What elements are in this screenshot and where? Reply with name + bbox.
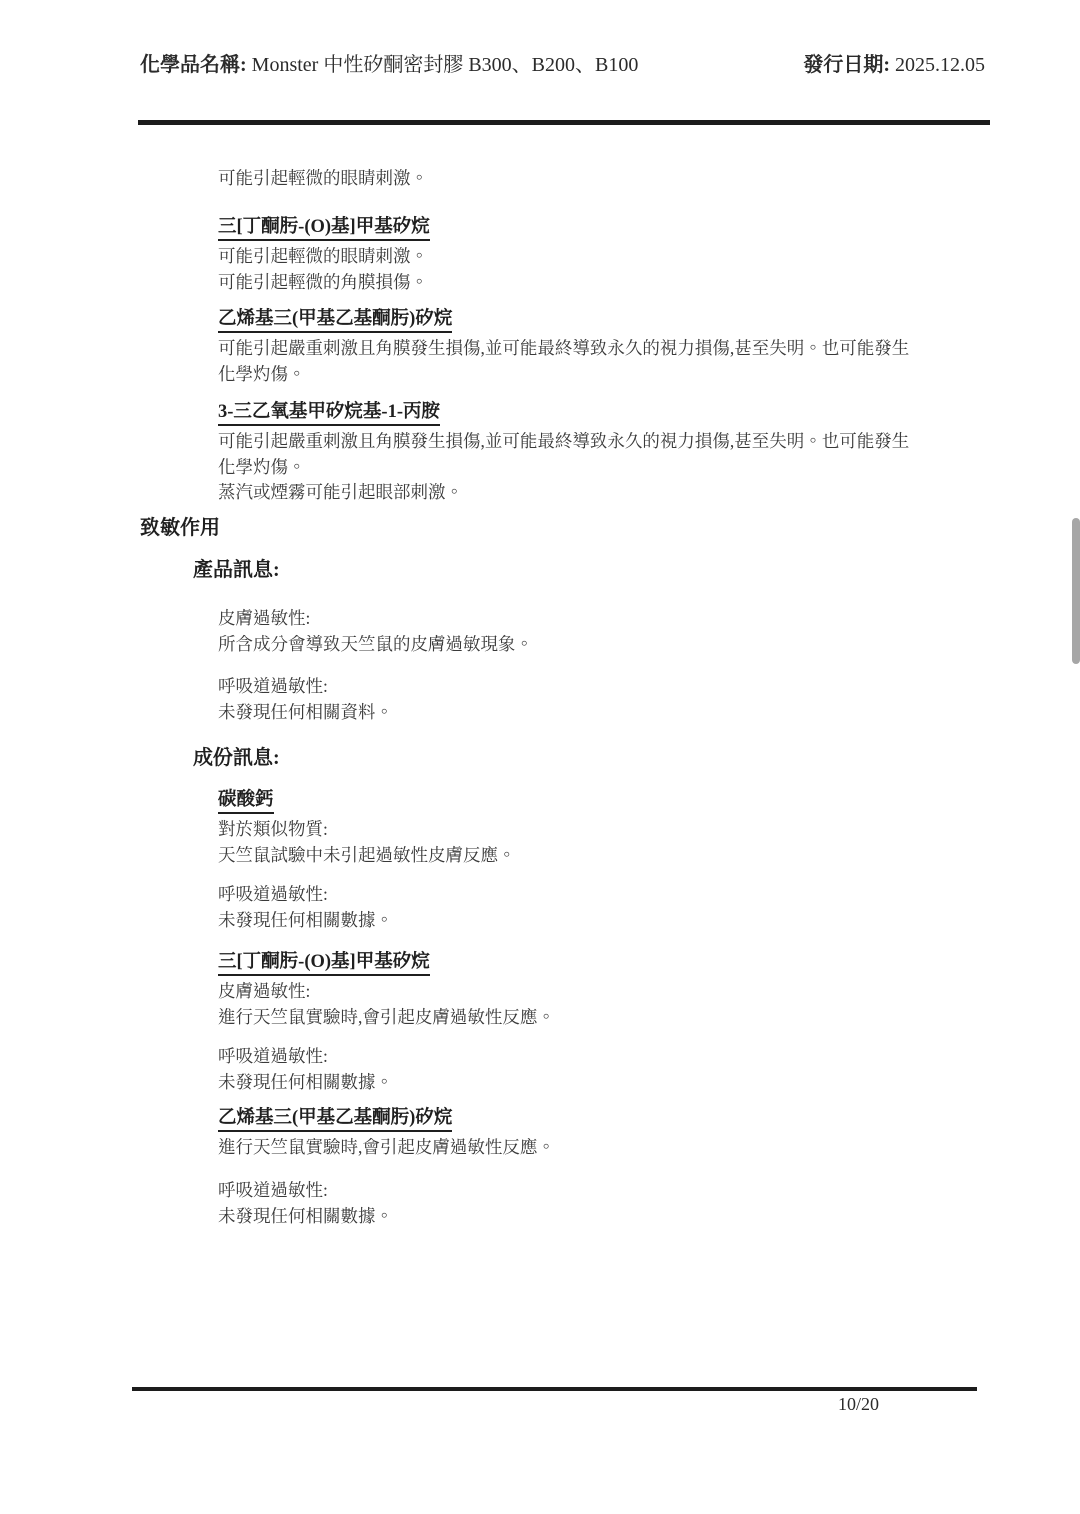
ingredient-butanone-oxime-respiratory: 呼吸道過敏性: 未發現任何相關數據。 bbox=[218, 1044, 393, 1095]
chemical-name-field: 化學品名稱: Monster 中性矽酮密封膠 B300、B200、B100 bbox=[140, 48, 638, 77]
text-line: 呼吸道過敏性: bbox=[218, 1178, 393, 1204]
text-line: 可能引起嚴重刺激且角膜發生損傷,並可能最終導致永久的視力損傷,甚至失明。也可能發… bbox=[218, 429, 909, 455]
product-respiratory-sensitization: 呼吸道過敏性: 未發現任何相關資料。 bbox=[218, 674, 393, 725]
text-line: 可能引起輕微的眼睛刺激。 bbox=[218, 244, 430, 270]
header-divider bbox=[138, 120, 990, 125]
ingredient-info-heading: 成份訊息: bbox=[193, 746, 280, 770]
issue-date-value: 2025.12.05 bbox=[895, 54, 985, 76]
text-line: 可能引起嚴重刺激且角膜發生損傷,並可能最終導致永久的視力損傷,甚至失明。也可能發… bbox=[218, 336, 909, 362]
chemical-name-value: Monster 中性矽酮密封膠 B300、B200、B100 bbox=[252, 54, 639, 76]
section-title: 致敏作用 bbox=[140, 516, 220, 540]
text-line: 可能引起輕微的眼睛刺激。 bbox=[218, 166, 428, 192]
substance-name: 碳酸鈣 bbox=[218, 789, 274, 814]
ingredient-vinyl-oxime-respiratory: 呼吸道過敏性: 未發現任何相關數據。 bbox=[218, 1178, 393, 1229]
text-line: 化學灼傷。 bbox=[218, 362, 909, 388]
text-line: 蒸汽或煙霧可能引起眼部刺激。 bbox=[218, 480, 909, 506]
substance-name: 三[丁酮肟-(O)基]甲基矽烷 bbox=[218, 951, 430, 976]
substance-butanone-oxime-methylsilane: 三[丁酮肟-(O)基]甲基矽烷 可能引起輕微的眼睛刺激。 可能引起輕微的角膜損傷… bbox=[218, 216, 430, 295]
text-line: 對於類似物質: bbox=[218, 817, 516, 843]
text-line: 皮膚過敏性: bbox=[218, 979, 555, 1005]
text-line: 皮膚過敏性: bbox=[218, 606, 533, 632]
text-line: 未發現任何相關數據。 bbox=[218, 908, 393, 934]
substance-name: 三[丁酮肟-(O)基]甲基矽烷 bbox=[218, 216, 430, 241]
text-line: 所含成分會導致天竺鼠的皮膚過敏現象。 bbox=[218, 632, 533, 658]
page-number: 10/20 bbox=[838, 1394, 879, 1415]
text-line: 可能引起輕微的角膜損傷。 bbox=[218, 270, 430, 296]
vertical-scrollbar-thumb[interactable] bbox=[1072, 518, 1080, 664]
ingredient-vinyl-oxime-silane: 乙烯基三(甲基乙基酮肟)矽烷 進行天竺鼠實驗時,會引起皮膚過敏性反應。 bbox=[218, 1107, 555, 1161]
substance-vinyl-oxime-silane: 乙烯基三(甲基乙基酮肟)矽烷 可能引起嚴重刺激且角膜發生損傷,並可能最終導致永久… bbox=[218, 308, 909, 387]
ingredient-butanone-oxime-methylsilane: 三[丁酮肟-(O)基]甲基矽烷 皮膚過敏性: 進行天竺鼠實驗時,會引起皮膚過敏性… bbox=[218, 951, 555, 1030]
issue-date-field: 發行日期: 2025.12.05 bbox=[803, 48, 985, 77]
product-skin-sensitization: 皮膚過敏性: 所含成分會導致天竺鼠的皮膚過敏現象。 bbox=[218, 606, 533, 657]
eye-irritation-intro: 可能引起輕微的眼睛刺激。 bbox=[218, 166, 428, 192]
document-header: 化學品名稱: Monster 中性矽酮密封膠 B300、B200、B100 發行… bbox=[140, 48, 985, 77]
document-page: 化學品名稱: Monster 中性矽酮密封膠 B300、B200、B100 發行… bbox=[0, 0, 1080, 1514]
text-line: 進行天竺鼠實驗時,會引起皮膚過敏性反應。 bbox=[218, 1135, 555, 1161]
text-line: 化學灼傷。 bbox=[218, 455, 909, 481]
text-line: 天竺鼠試驗中未引起過敏性皮膚反應。 bbox=[218, 843, 516, 869]
sub-title: 成份訊息: bbox=[193, 746, 280, 770]
chemical-name-label: 化學品名稱: bbox=[140, 54, 247, 76]
substance-name: 乙烯基三(甲基乙基酮肟)矽烷 bbox=[218, 308, 452, 333]
footer-divider bbox=[132, 1387, 977, 1391]
ingredient-calcium-carbonate: 碳酸鈣 對於類似物質: 天竺鼠試驗中未引起過敏性皮膚反應。 bbox=[218, 789, 516, 868]
text-line: 呼吸道過敏性: bbox=[218, 1044, 393, 1070]
substance-name: 乙烯基三(甲基乙基酮肟)矽烷 bbox=[218, 1107, 452, 1132]
text-line: 未發現任何相關數據。 bbox=[218, 1204, 393, 1230]
substance-triethoxysilyl-propylamine: 3-三乙氧基甲矽烷基-1-丙胺 可能引起嚴重刺激且角膜發生損傷,並可能最終導致永… bbox=[218, 401, 909, 506]
text-line: 未發現任何相關資料。 bbox=[218, 700, 393, 726]
text-line: 未發現任何相關數據。 bbox=[218, 1070, 393, 1096]
section-sensitization: 致敏作用 bbox=[140, 516, 220, 540]
text-line: 呼吸道過敏性: bbox=[218, 674, 393, 700]
sub-title: 產品訊息: bbox=[193, 558, 280, 582]
ingredient-calcium-carbonate-respiratory: 呼吸道過敏性: 未發現任何相關數據。 bbox=[218, 882, 393, 933]
text-line: 呼吸道過敏性: bbox=[218, 882, 393, 908]
substance-name: 3-三乙氧基甲矽烷基-1-丙胺 bbox=[218, 401, 440, 426]
text-line: 進行天竺鼠實驗時,會引起皮膚過敏性反應。 bbox=[218, 1005, 555, 1031]
product-info-heading: 產品訊息: bbox=[193, 558, 280, 582]
issue-date-label: 發行日期: bbox=[803, 54, 890, 76]
